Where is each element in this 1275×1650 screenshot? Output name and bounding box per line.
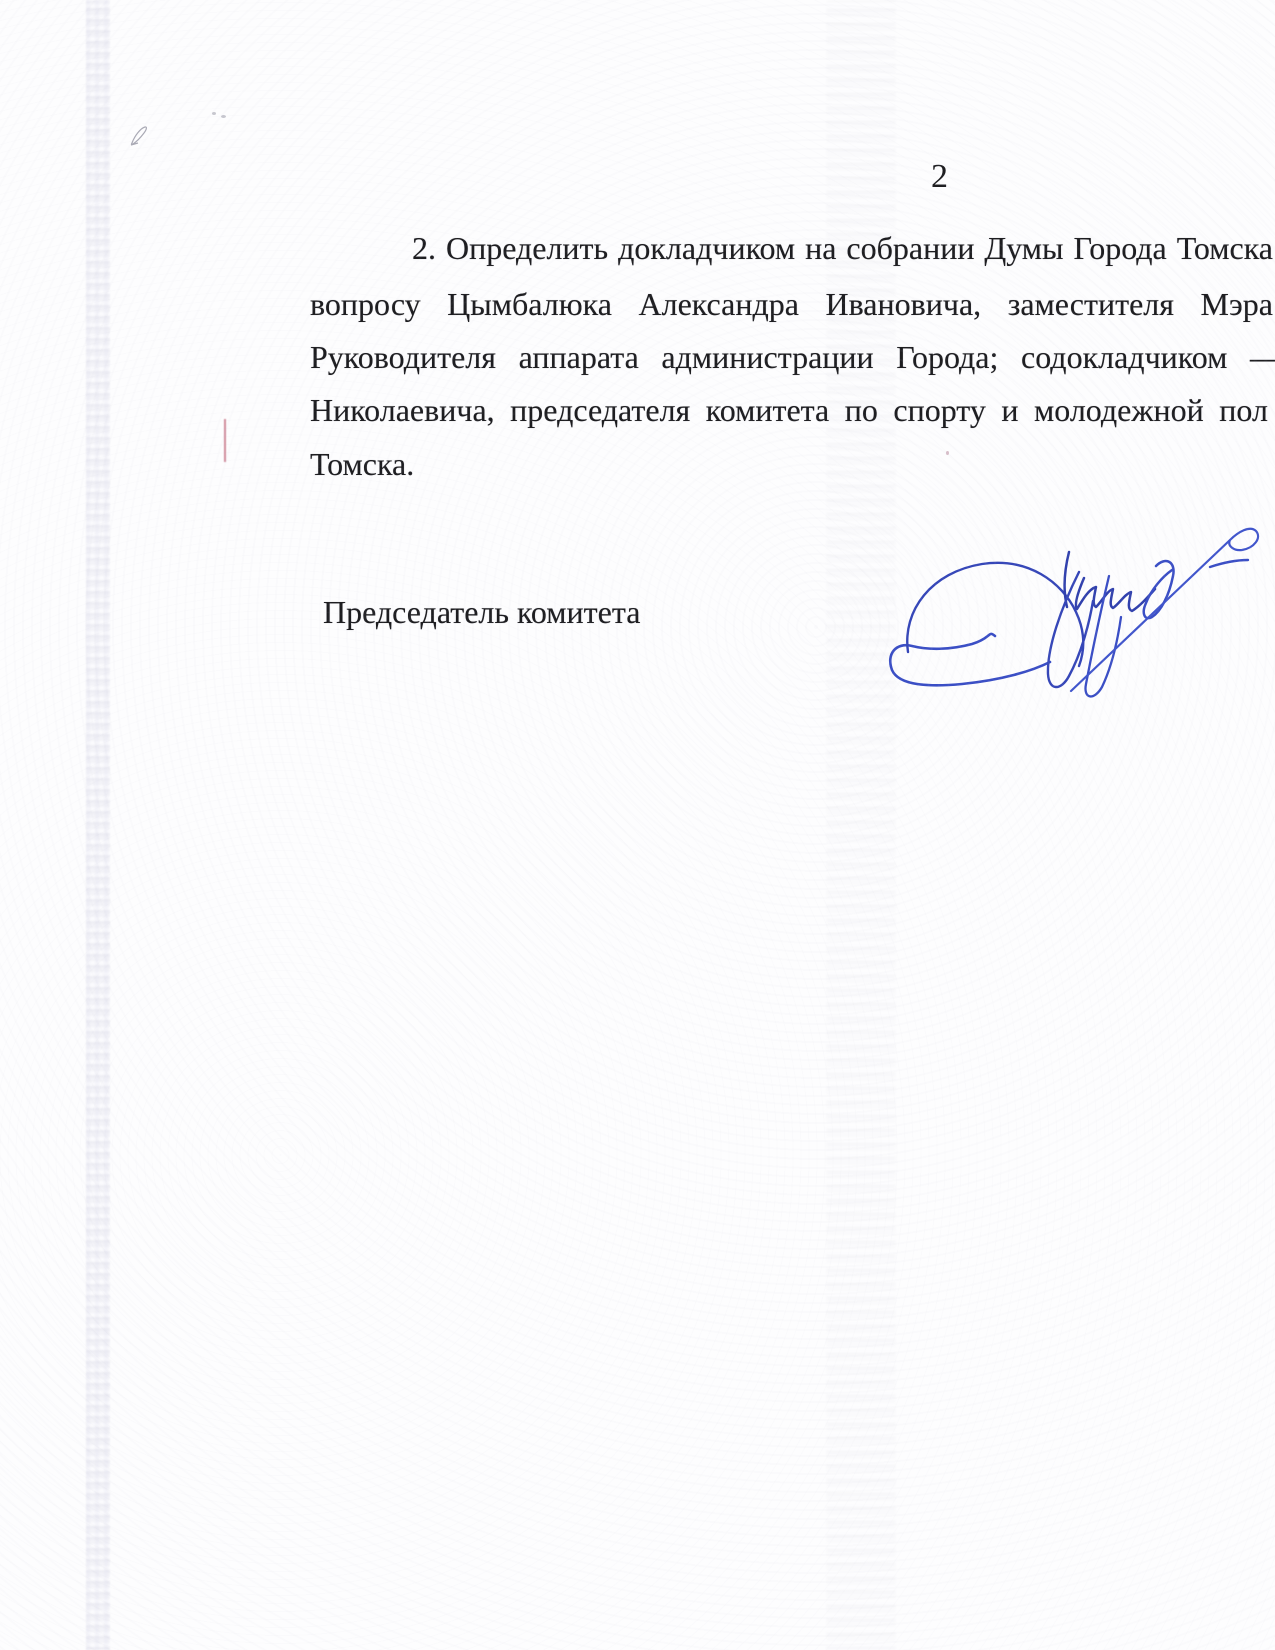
- word: —: [1250, 339, 1275, 376]
- word: по: [845, 392, 878, 429]
- word: на: [805, 230, 836, 267]
- word: Николаевича,: [310, 392, 495, 429]
- word: Думы: [984, 230, 1063, 267]
- paragraph-line: 2.ОпределитьдокладчикомнасобранииДумыГор…: [412, 230, 1273, 267]
- paragraph-line: вопросуЦымбалюкаАлександраИвановича,заме…: [310, 286, 1273, 323]
- red-pen-mark: [224, 419, 226, 462]
- scan-noise-left-band: [86, 0, 110, 1650]
- word: Мэра: [1201, 286, 1273, 323]
- paragraph-line: Томска.: [310, 446, 414, 483]
- word: комитета: [706, 392, 829, 429]
- scan-speck: [946, 451, 949, 455]
- word: 2.: [412, 230, 436, 267]
- word: пол: [1219, 392, 1268, 429]
- word: содокладчиком: [1021, 339, 1227, 376]
- word: спорту: [893, 392, 985, 429]
- word: Руководителя: [310, 339, 496, 376]
- page-number: 2: [931, 158, 948, 195]
- word: Города;: [896, 339, 998, 376]
- word: администрации: [661, 339, 873, 376]
- word: аппарата: [519, 339, 639, 376]
- word: Города: [1074, 230, 1167, 267]
- word: Томска: [1177, 230, 1273, 267]
- word: вопросу: [310, 286, 421, 323]
- word: Ивановича,: [825, 286, 981, 323]
- word: Определить: [446, 230, 608, 267]
- signoff-label: Председатель комитета: [323, 594, 640, 631]
- word: молодежной: [1034, 392, 1204, 429]
- paragraph-line: Николаевича,председателякомитетапоспорту…: [310, 392, 1268, 429]
- word: Александра: [638, 286, 798, 323]
- word: председателя: [510, 392, 690, 429]
- pencil-mark: [128, 121, 154, 149]
- scan-speck: [212, 112, 216, 115]
- word: и: [1001, 392, 1018, 429]
- word: заместителя: [1008, 286, 1174, 323]
- document-page: 2 2.ОпределитьдокладчикомнасобранииДумыГ…: [0, 0, 1275, 1650]
- word: собрании: [846, 230, 974, 267]
- word: докладчиком: [618, 230, 795, 267]
- scan-speck: [221, 115, 226, 118]
- paragraph-line: РуководителяаппаратаадминистрацииГорода;…: [310, 339, 1275, 376]
- signature-ink: [850, 478, 1275, 713]
- word: Цымбалюка: [447, 286, 612, 323]
